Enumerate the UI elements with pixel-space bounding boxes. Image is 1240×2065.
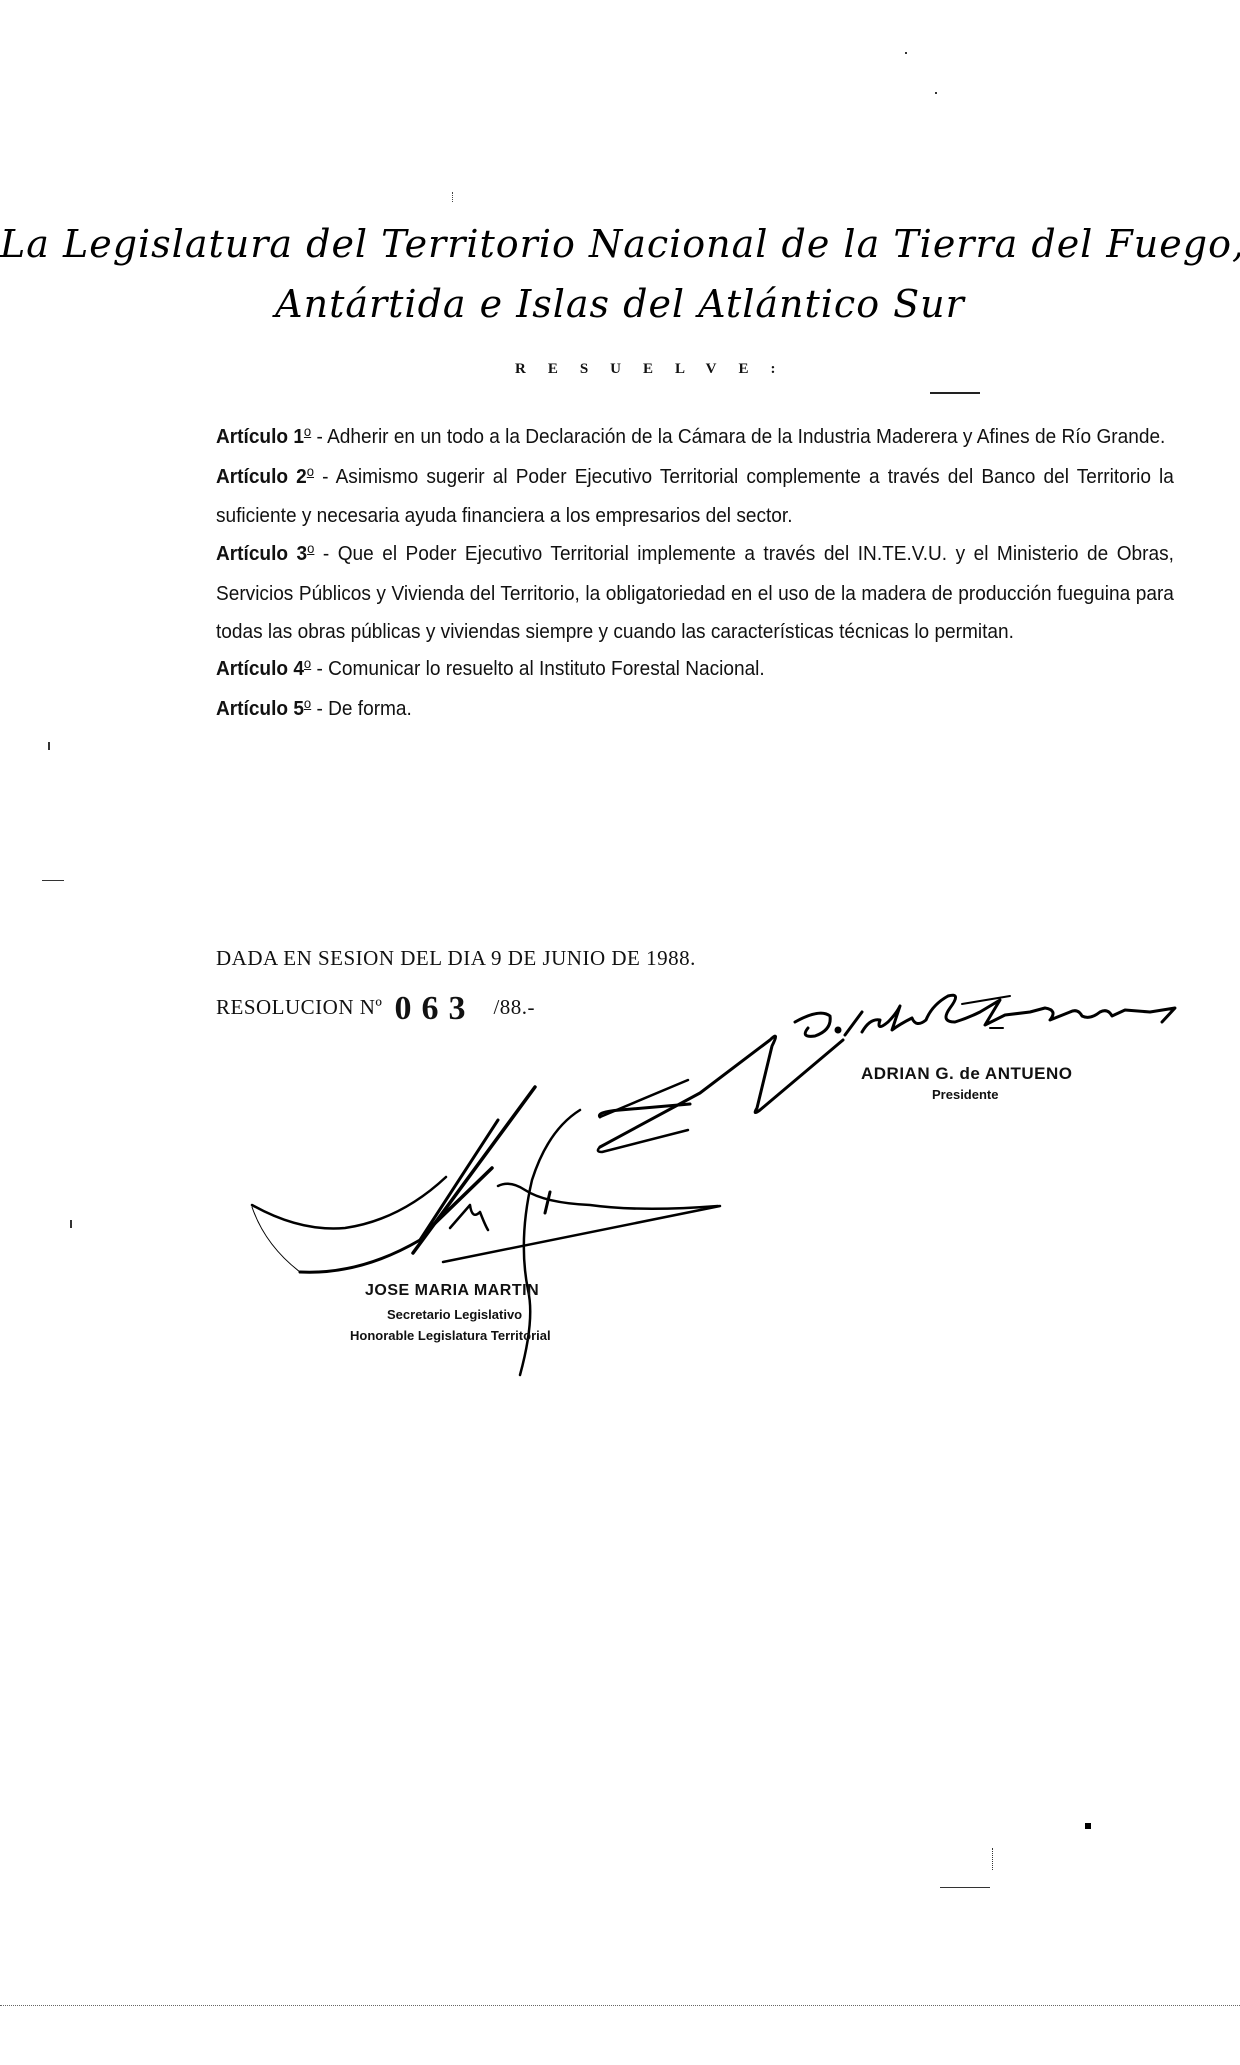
article-text: - Que el Poder Ejecutivo Territorial imp… — [216, 542, 1174, 642]
scan-artifact — [935, 92, 937, 94]
president-name: ADRIAN G. de ANTUENO — [861, 1064, 1073, 1084]
article-label: Artículo 2 — [216, 465, 307, 488]
secretary-organization: Honorable Legislatura Territorial — [350, 1328, 551, 1343]
ordinal-mark: o — [304, 655, 311, 671]
scan-artifact — [42, 880, 64, 881]
article-1: Artículo 1o - Adherir en un todo a la De… — [216, 418, 1174, 458]
ordinal-mark: o — [307, 463, 314, 479]
ordinal-mark: o — [304, 695, 311, 711]
article-label: Artículo 3 — [216, 542, 307, 565]
article-text: - Asimismo sugerir al Poder Ejecutivo Te… — [216, 465, 1174, 528]
article-label: Artículo 5 — [216, 697, 304, 720]
document-title-line-2: Antártida e Islas del Atlántico Sur — [0, 282, 1240, 326]
resuelve-heading: RESUELVE: — [515, 361, 777, 378]
scan-artifact — [905, 52, 907, 54]
article-text: - De forma. — [311, 697, 412, 720]
article-5: Artículo 5o - De forma. — [216, 690, 1174, 730]
scan-edge-line — [0, 2005, 1240, 2007]
article-text: - Adherir en un todo a la Declaración de… — [311, 425, 1165, 448]
ordinal-mark: o — [307, 540, 314, 556]
document-title-line-1: La Legislatura del Territorio Nacional d… — [0, 222, 1240, 266]
article-2: Artículo 2o - Asimismo sugerir al Poder … — [216, 458, 1174, 535]
scan-artifact — [48, 742, 50, 750]
article-label: Artículo 4 — [216, 657, 304, 680]
scan-artifact — [992, 1848, 995, 1870]
article-text: - Comunicar lo resuelto al Instituto For… — [311, 657, 765, 680]
resolution-year: /88.- — [493, 995, 535, 1019]
resolution-label: RESOLUCION Nº — [216, 995, 382, 1019]
resolution-number: 063 — [394, 990, 475, 1027]
scan-artifact — [1085, 1823, 1091, 1829]
secretary-role: Secretario Legislativo — [387, 1307, 522, 1322]
scan-artifact — [452, 192, 456, 202]
ordinal-mark: o — [304, 423, 311, 439]
scan-artifact — [70, 1220, 72, 1228]
secretary-name: JOSE MARIA MARTIN — [365, 1282, 539, 1300]
article-label: Artículo 1 — [216, 425, 304, 448]
decorative-dash — [930, 392, 980, 394]
session-date: DADA EN SESION DEL DIA 9 DE JUNIO DE 198… — [216, 946, 696, 971]
article-3: Artículo 3o - Que el Poder Ejecutivo Ter… — [216, 535, 1174, 650]
president-role: Presidente — [932, 1087, 998, 1102]
scan-artifact — [940, 1887, 990, 1888]
articles-body: Artículo 1o - Adherir en un todo a la De… — [216, 418, 1174, 730]
article-4: Artículo 4o - Comunicar lo resuelto al I… — [216, 650, 1174, 690]
resolution-line: RESOLUCION Nº063/88.- — [216, 985, 535, 1023]
